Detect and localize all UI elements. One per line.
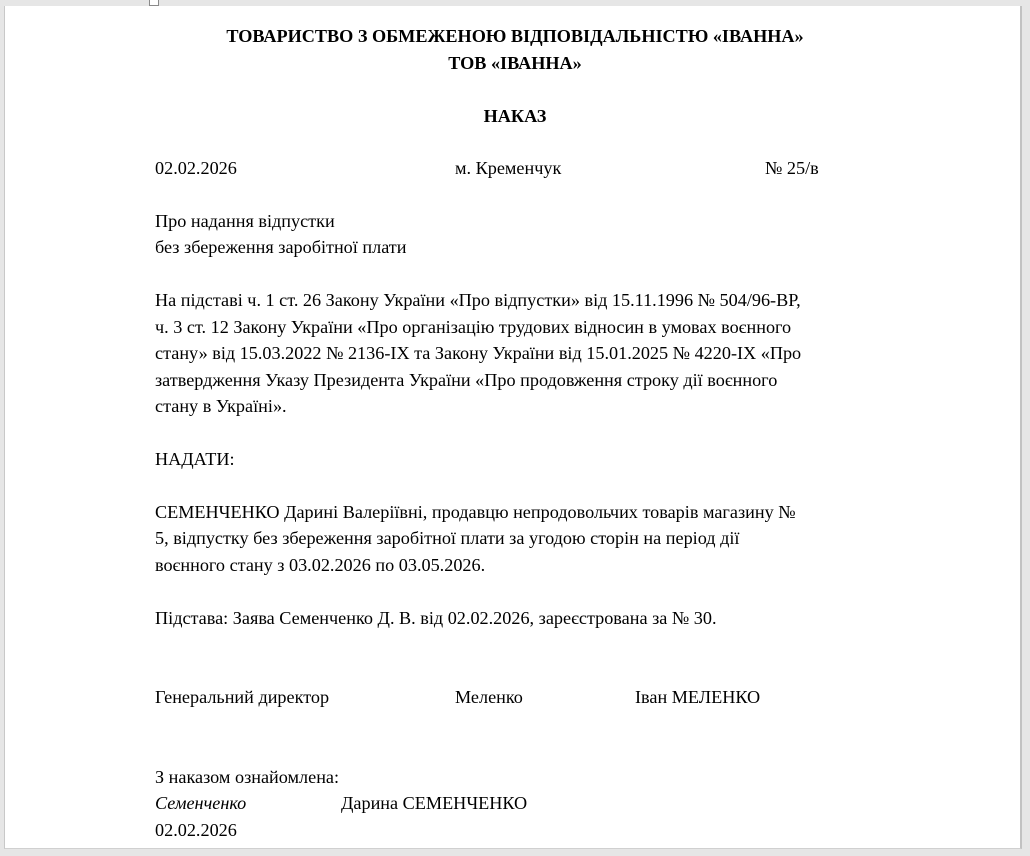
margin-crop-mark — [149, 0, 159, 6]
order-line-2: 5, відпустку без збереження заробітної п… — [155, 527, 739, 549]
company-full-name: ТОВАРИСТВО З ОБМЕЖЕНОЮ ВІДПОВІДАЛЬНІСТЮ … — [5, 25, 1025, 47]
signatory-signature: Меленко — [455, 686, 523, 708]
document-page[interactable]: ТОВАРИСТВО З ОБМЕЖЕНОЮ ВІДПОВІДАЛЬНІСТЮ … — [4, 6, 1022, 849]
order-city: м. Кременчук — [455, 157, 561, 179]
order-grounds: Підстава: Заява Семенченко Д. В. від 02.… — [155, 607, 717, 629]
employee-signature: Семенченко — [155, 792, 246, 814]
signatory-position: Генеральний директор — [155, 686, 329, 708]
document-type-title: НАКАЗ — [5, 105, 1025, 127]
order-number: № 25/в — [765, 157, 819, 179]
order-line-3: воєнного стану з 03.02.2026 по 03.05.202… — [155, 554, 485, 576]
basis-line-4: затвердження Указу Президента України «П… — [155, 369, 777, 391]
subject-line-2: без збереження заробітної плати — [155, 236, 406, 258]
order-date: 02.02.2026 — [155, 157, 237, 179]
acknowledgement-date: 02.02.2026 — [155, 819, 237, 841]
employee-name: Дарина СЕМЕНЧЕНКО — [341, 792, 527, 814]
order-verb: НАДАТИ: — [155, 448, 235, 470]
company-short-name: ТОВ «ІВАННА» — [5, 52, 1025, 74]
basis-line-3: стану» від 15.03.2022 № 2136-IX та Закон… — [155, 342, 801, 364]
acknowledgement-label: З наказом ознайомлена: — [155, 766, 339, 788]
signatory-name: Іван МЕЛЕНКО — [635, 686, 760, 708]
basis-line-2: ч. 3 ст. 12 Закону України «Про організа… — [155, 316, 791, 338]
document-body: ТОВАРИСТВО З ОБМЕЖЕНОЮ ВІДПОВІДАЛЬНІСТЮ … — [5, 6, 1020, 848]
order-line-1: СЕМЕНЧЕНКО Дарині Валеріївні, продавцю н… — [155, 501, 796, 523]
basis-line-5: стану в Україні». — [155, 395, 287, 417]
basis-line-1: На підставі ч. 1 ст. 26 Закону України «… — [155, 289, 801, 311]
subject-line-1: Про надання відпустки — [155, 210, 335, 232]
